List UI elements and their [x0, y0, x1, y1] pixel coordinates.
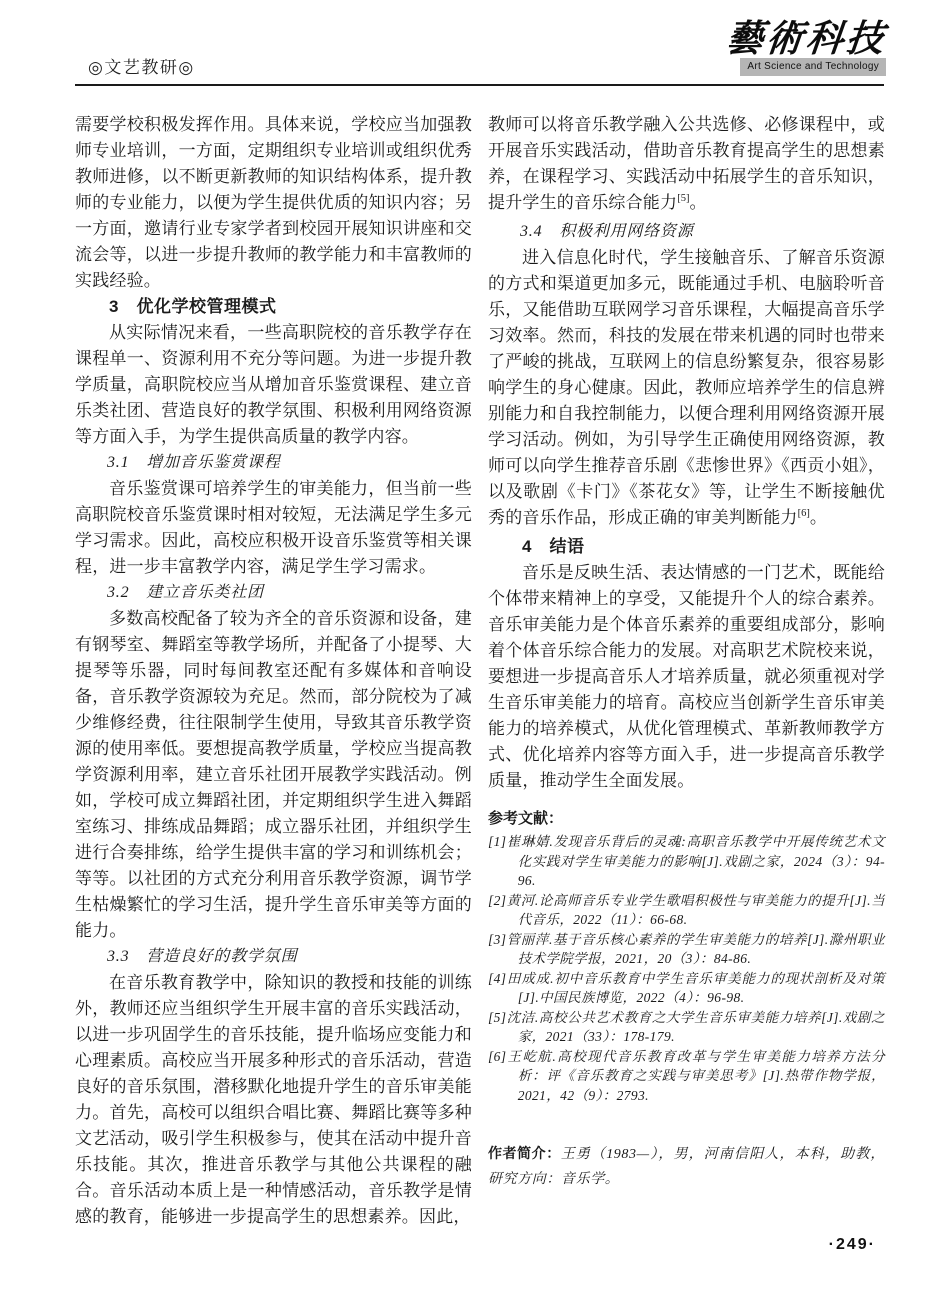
- page-number: ·249·: [829, 1236, 876, 1254]
- paragraph: 进入信息化时代，学生接触音乐、了解音乐资源的方式和渠道更加多元，既能通过手机、电…: [488, 245, 885, 534]
- paragraph-text: 。: [810, 508, 827, 527]
- reference-text: 管丽萍.基于音乐核心素养的学生审美能力的培养[J].滁州职业技术学院学报，202…: [506, 932, 885, 967]
- journal-logo-calligraphy: 藝術科技: [724, 20, 888, 60]
- reference-item: [5]沈洁.高校公共艺术教育之大学生音乐审美能力培养[J].戏剧之家，2021（…: [488, 1008, 885, 1047]
- subsection-heading-3-3: 3.3 营造良好的教学氛围: [75, 944, 472, 970]
- journal-logo-subtitle-badge: Art Science and Technology: [740, 58, 886, 76]
- citation-superscript-6: [6]: [798, 508, 810, 519]
- header-divider-rule: [75, 84, 884, 86]
- paragraph: 教师可以将音乐教学融入公共选修、必修课程中，或开展音乐实践活动，借助音乐教育提高…: [488, 112, 885, 219]
- reference-text: 沈洁.高校公共艺术教育之大学生音乐审美能力培养[J].戏剧之家，2021（33）…: [506, 1010, 885, 1045]
- reference-marker: [5]: [488, 1010, 506, 1025]
- subsection-heading-3-4: 3.4 积极利用网络资源: [488, 219, 885, 245]
- reference-marker: [4]: [488, 971, 506, 986]
- reference-text: 田成成.初中音乐教育中学生音乐审美能力的现状剖析及对策[J].中国民族博览，20…: [506, 971, 885, 1006]
- paragraph-text: 进入信息化时代，学生接触音乐、了解音乐资源的方式和渠道更加多元，既能通过手机、电…: [488, 248, 885, 527]
- reference-item: [4]田成成.初中音乐教育中学生音乐审美能力的现状剖析及对策[J].中国民族博览…: [488, 969, 885, 1008]
- right-column: 教师可以将音乐教学融入公共选修、必修课程中，或开展音乐实践活动，借助音乐教育提高…: [488, 112, 885, 1230]
- author-bio: 作者简介：王勇（1983—），男，河南信阳人，本科，助教，研究方向：音乐学。: [488, 1141, 885, 1192]
- reference-item: [2]黄河.论高师音乐专业学生歌唱积极性与审美能力的提升[J].当代音乐，202…: [488, 891, 885, 930]
- reference-item: [1]崔琳婧.发现音乐背后的灵魂:高职音乐教学中开展传统艺术文化实践对学生审美能…: [488, 832, 885, 891]
- reference-text: 崔琳婧.发现音乐背后的灵魂:高职音乐教学中开展传统艺术文化实践对学生审美能力的影…: [506, 834, 885, 888]
- subsection-heading-3-1: 3.1 增加音乐鉴赏课程: [75, 450, 472, 476]
- section-heading-4: 4 结语: [488, 534, 885, 560]
- reference-item: [6]王屹航.高校现代音乐教育改革与学生审美能力培养方法分析：评《音乐教育之实践…: [488, 1047, 885, 1106]
- left-column: 需要学校积极发挥作用。具体来说，学校应当加强教师专业培训，一方面，定期组织专业培…: [75, 112, 472, 1230]
- author-bio-label: 作者简介：: [488, 1145, 561, 1161]
- article-body: 需要学校积极发挥作用。具体来说，学校应当加强教师专业培训，一方面，定期组织专业培…: [75, 112, 885, 1230]
- journal-logo: 藝術科技 Art Science and Technology: [726, 20, 886, 76]
- paragraph: 从实际情况来看，一些高职院校的音乐教学存在课程单一、资源利用不充分等问题。为进一…: [75, 320, 472, 450]
- reference-marker: [3]: [488, 932, 506, 947]
- journal-page: ◎文艺教研◎ 藝術科技 Art Science and Technology 需…: [0, 0, 950, 1290]
- references-title: 参考文献：: [488, 808, 885, 830]
- paragraph-text: 。: [689, 193, 706, 212]
- paragraph: 需要学校积极发挥作用。具体来说，学校应当加强教师专业培训，一方面，定期组织专业培…: [75, 112, 472, 294]
- column-section-label: ◎文艺教研◎: [88, 53, 195, 78]
- paragraph: 在音乐教育教学中，除知识的教授和技能的训练外，教师还应当组织学生开展丰富的音乐实…: [75, 970, 472, 1230]
- subsection-heading-3-2: 3.2 建立音乐类社团: [75, 580, 472, 606]
- reference-item: [3]管丽萍.基于音乐核心素养的学生审美能力的培养[J].滁州职业技术学院学报，…: [488, 930, 885, 969]
- paragraph: 多数高校配备了较为齐全的音乐资源和设备，建有钢琴室、舞蹈室等教学场所，并配备了小…: [75, 606, 472, 944]
- reference-marker: [2]: [488, 893, 506, 908]
- reference-text: 黄河.论高师音乐专业学生歌唱积极性与审美能力的提升[J].当代音乐，2022（1…: [506, 893, 885, 928]
- paragraph: 音乐是反映生活、表达情感的一门艺术，既能给个体带来精神上的享受，又能提升个人的综…: [488, 560, 885, 794]
- reference-text: 王屹航.高校现代音乐教育改革与学生审美能力培养方法分析：评《音乐教育之实践与审美…: [506, 1049, 885, 1103]
- section-heading-3: 3 优化学校管理模式: [75, 294, 472, 320]
- citation-superscript-5: [5]: [677, 193, 689, 204]
- reference-marker: [6]: [488, 1049, 506, 1064]
- paragraph: 音乐鉴赏课可培养学生的审美能力，但当前一些高职院校音乐鉴赏课时相对较短，无法满足…: [75, 476, 472, 580]
- reference-marker: [1]: [488, 834, 506, 849]
